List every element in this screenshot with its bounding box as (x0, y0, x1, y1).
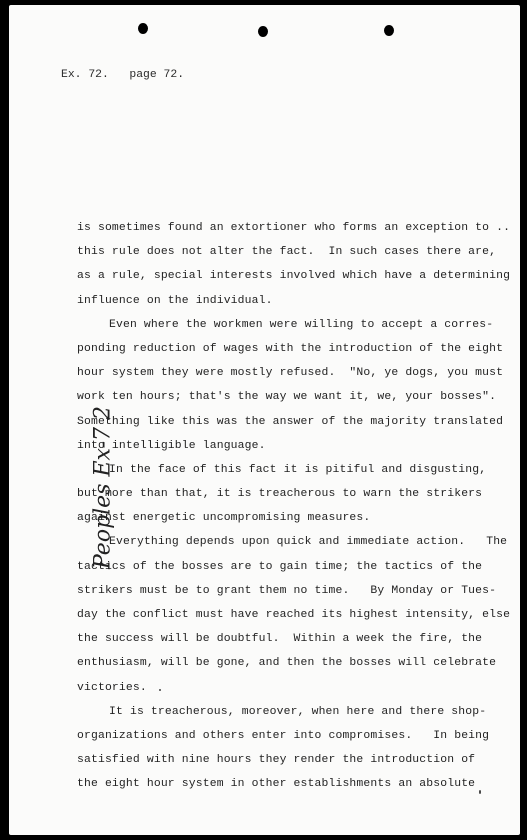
text-line: against energetic uncompromising measure… (77, 506, 497, 530)
text-line: Even where the workmen were willing to a… (77, 313, 497, 337)
punch-hole-center (258, 26, 268, 37)
exhibit-header: Ex. 72. page 72. (61, 69, 184, 81)
text-line: Something like this was the answer of th… (77, 410, 497, 434)
text-line: the eight hour system in other establish… (77, 772, 497, 796)
text-line: enthusiasm, will be gone, and then the b… (77, 651, 497, 675)
text-line: It is treacherous, moreover, when here a… (77, 700, 497, 724)
text-line: victories. (77, 676, 497, 700)
text-line: satisfied with nine hours they render th… (77, 748, 497, 772)
text-line: Everything depends upon quick and immedi… (77, 530, 497, 554)
text-line: day the conflict must have reached its h… (77, 603, 497, 627)
text-line: hour system they were mostly refused. "N… (77, 361, 497, 385)
punch-hole-right (384, 25, 394, 36)
document-body: is sometimes found an extortioner who fo… (77, 216, 497, 797)
text-line: influence on the individual. (77, 289, 497, 313)
text-line: ponding reduction of wages with the intr… (77, 337, 497, 361)
text-line: into intelligible language. (77, 434, 497, 458)
text-line: is sometimes found an extortioner who fo… (77, 216, 497, 240)
text-line: organizations and others enter into comp… (77, 724, 497, 748)
text-line: strikers must be to grant them no time. … (77, 579, 497, 603)
text-line: In the face of this fact it is pitiful a… (77, 458, 497, 482)
text-line: this rule does not alter the fact. In su… (77, 240, 497, 264)
text-line: as a rule, special interests involved wh… (77, 264, 497, 288)
text-line: tactics of the bosses are to gain time; … (77, 555, 497, 579)
text-line: work ten hours; that's the way we want i… (77, 385, 497, 409)
text-line: the success will be doubtful. Within a w… (77, 627, 497, 651)
punch-hole-left (138, 23, 148, 34)
text-line: but more than that, it is treacherous to… (77, 482, 497, 506)
